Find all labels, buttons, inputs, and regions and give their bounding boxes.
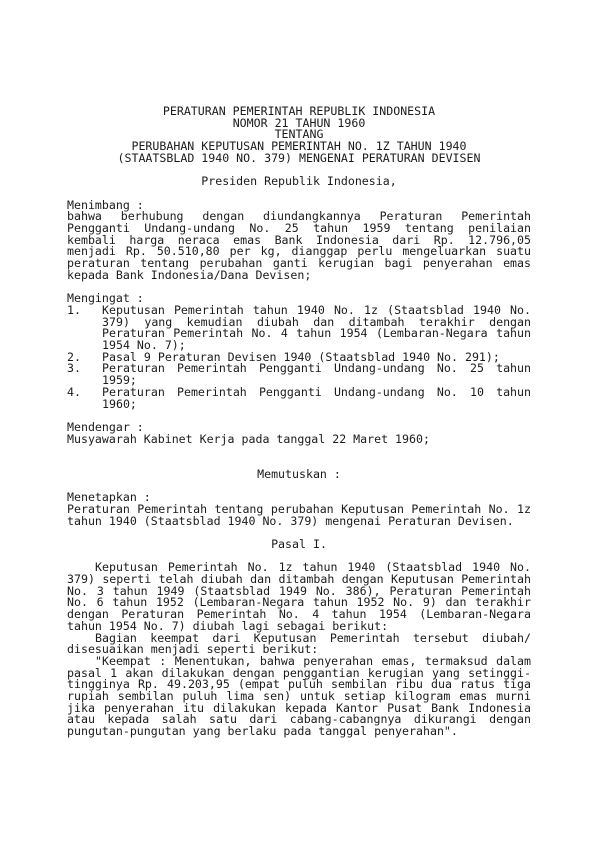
memutuskan-heading: Memutuskan :	[67, 469, 531, 481]
list-number: 1.	[67, 305, 81, 317]
body-line: tahun 1940 (Staatsblad 1940 No. 379) men…	[67, 516, 531, 528]
section-menetapkan: Menetapkan : Peraturan Pemerintah tentan…	[67, 492, 531, 527]
paragraph: "Keempat : Menentukan, bahwa penyerahan …	[67, 656, 531, 738]
section-menimbang: Menimbang : bahwa berhubung dengan diund…	[67, 200, 531, 282]
list-item: 4. Peraturan Pemerintah Pengganti Undang…	[67, 387, 531, 410]
body-line: pungutan-pungutan yang berlaku pada tang…	[67, 726, 531, 738]
body-line: kepada Bank Indonesia/Dana Devisen;	[67, 270, 531, 282]
body-line: Musyawarah Kabinet Kerja pada tanggal 22…	[67, 434, 531, 446]
salutation-line: Presiden Republik Indonesia,	[67, 176, 531, 188]
body-line: Peraturan Pemerintah Pengganti Undang-un…	[102, 387, 531, 399]
pasal-heading: Pasal I.	[67, 539, 531, 551]
section-mendengar: Mendengar : Musyawarah Kabinet Kerja pad…	[67, 422, 531, 445]
section-pasal-1: Keputusan Pemerintah No. 1z tahun 1940 (…	[67, 562, 531, 738]
paragraph: Keputusan Pemerintah No. 1z tahun 1940 (…	[67, 562, 531, 632]
document-title: PERATURAN PEMERINTAH REPUBLIK INDONESIA …	[67, 106, 531, 165]
section-mengingat: Mengingat : 1. Keputusan Pemerintah tahu…	[67, 293, 531, 410]
list-item: 3. Peraturan Pemerintah Pengganti Undang…	[67, 363, 531, 386]
document-page: PERATURAN PEMERINTAH REPUBLIK INDONESIA …	[0, 0, 595, 842]
body-line: Peraturan Pemerintah Pengganti Undang-un…	[102, 363, 531, 375]
list-item: 1. Keputusan Pemerintah tahun 1940 No. 1…	[67, 305, 531, 352]
spacer	[67, 445, 531, 468]
title-line: (STAATSBLAD 1940 NO. 379) MENGENAI PERAT…	[67, 153, 531, 165]
body-line: 1960;	[102, 399, 531, 411]
list-number: 3.	[67, 363, 81, 375]
paragraph: Bagian keempat dari Keputusan Pemerintah…	[67, 633, 531, 656]
list-number: 4.	[67, 387, 81, 399]
